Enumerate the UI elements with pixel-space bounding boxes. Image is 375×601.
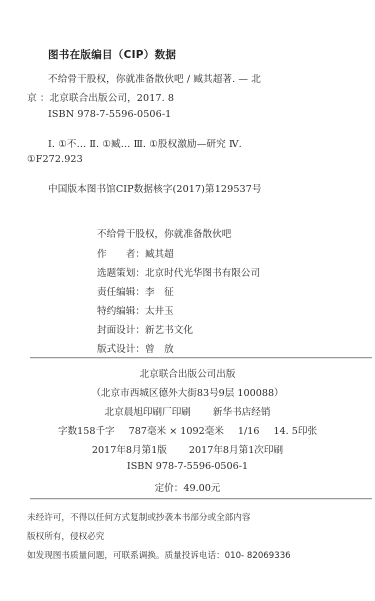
printed-sheets: 14. 5印张 — [273, 426, 317, 437]
credit-label: 封面设计： — [97, 322, 145, 336]
divider-bottom — [30, 498, 372, 499]
divider-top — [30, 357, 372, 358]
edition: 2017年8月第1版 — [92, 445, 167, 456]
cip-isbn: ISBN 978-7-5596-0506-1 — [48, 109, 171, 120]
credit-row-special-editor: 特约编辑：太井玉 — [97, 303, 174, 317]
publication-isbn: ISBN 978-7-5596-0506-1 — [0, 461, 375, 472]
credit-value: 太井玉 — [145, 306, 174, 317]
cip-verification-number: 中国版本图书馆CIP数据核字(2017)第129537号 — [48, 181, 262, 195]
word-count: 字数158千字 — [58, 426, 115, 437]
credit-value: 北京时代光华图书有限公司 — [145, 268, 260, 279]
credit-label: 责任编辑： — [97, 284, 145, 298]
publisher-address: （北京市西城区德外大街83号9层 100088） — [0, 385, 375, 399]
credit-row-cover-design: 封面设计：新艺书文化 — [97, 322, 193, 336]
credit-row-author: 作 者：臧其超 — [97, 246, 174, 260]
paper-format: 787毫米 × 1092毫米 — [129, 426, 224, 437]
credit-row-planning: 选题策划：北京时代光华图书有限公司 — [97, 265, 260, 279]
credit-value: 李 征 — [145, 287, 174, 298]
credit-label: 选题策划： — [97, 265, 145, 279]
book-title: 不给骨干股权，你就准备散伙吧 — [97, 226, 231, 240]
credit-row-layout-design: 版式设计：曾 放 — [97, 341, 174, 355]
credit-value: 新艺书文化 — [145, 325, 193, 336]
printer: 北京晨旭印刷厂印刷 — [105, 407, 191, 418]
credit-label: 作 者： — [97, 246, 145, 260]
copyright-notice: 未经许可，不得以任何方式复制或抄袭本书部分或全部内容 — [27, 511, 250, 523]
rights-reserved-notice: 版权所有，侵权必究 — [27, 530, 104, 542]
credit-row-editor: 责任编辑：李 征 — [97, 284, 174, 298]
publisher: 北京联合出版公司出版 — [0, 366, 375, 380]
folio: 1/16 — [238, 426, 260, 437]
credit-value: 曾 放 — [145, 344, 174, 355]
printer-distributor: 北京晨旭印刷厂印刷新华书店经销 — [0, 404, 375, 418]
price: 定价：49.00元 — [0, 480, 375, 494]
printing: 2017年8月第1次印刷 — [189, 445, 283, 456]
cip-classification-line-2: ①F272.923 — [27, 154, 83, 165]
quality-complaint-notice: 如发现图书质量问题，可联系调换。质量投诉电话：010- 82069336 — [27, 549, 291, 561]
credit-label: 特约编辑： — [97, 303, 145, 317]
cip-classification-line-1: Ⅰ. ①不… Ⅱ. ①臧… Ⅲ. ①股权激励—研究 Ⅳ. — [48, 136, 242, 150]
edition-info: 2017年8月第1版2017年8月第1次印刷 — [0, 442, 375, 456]
cip-entry-line-1: 不给骨干股权，你就准备散伙吧 / 臧其超著. — 北 — [48, 71, 261, 85]
distributor: 新华书店经销 — [213, 407, 271, 418]
credit-label: 版式设计： — [97, 341, 145, 355]
cip-entry-line-2: 京 ：北京联合出版公司，2017. 8 — [27, 90, 174, 104]
credit-value: 臧其超 — [145, 249, 174, 260]
format-specs: 字数158千字787毫米 × 1092毫米1/1614. 5印张 — [0, 423, 375, 437]
cip-heading: 图书在版编目（CIP）数据 — [48, 47, 176, 62]
